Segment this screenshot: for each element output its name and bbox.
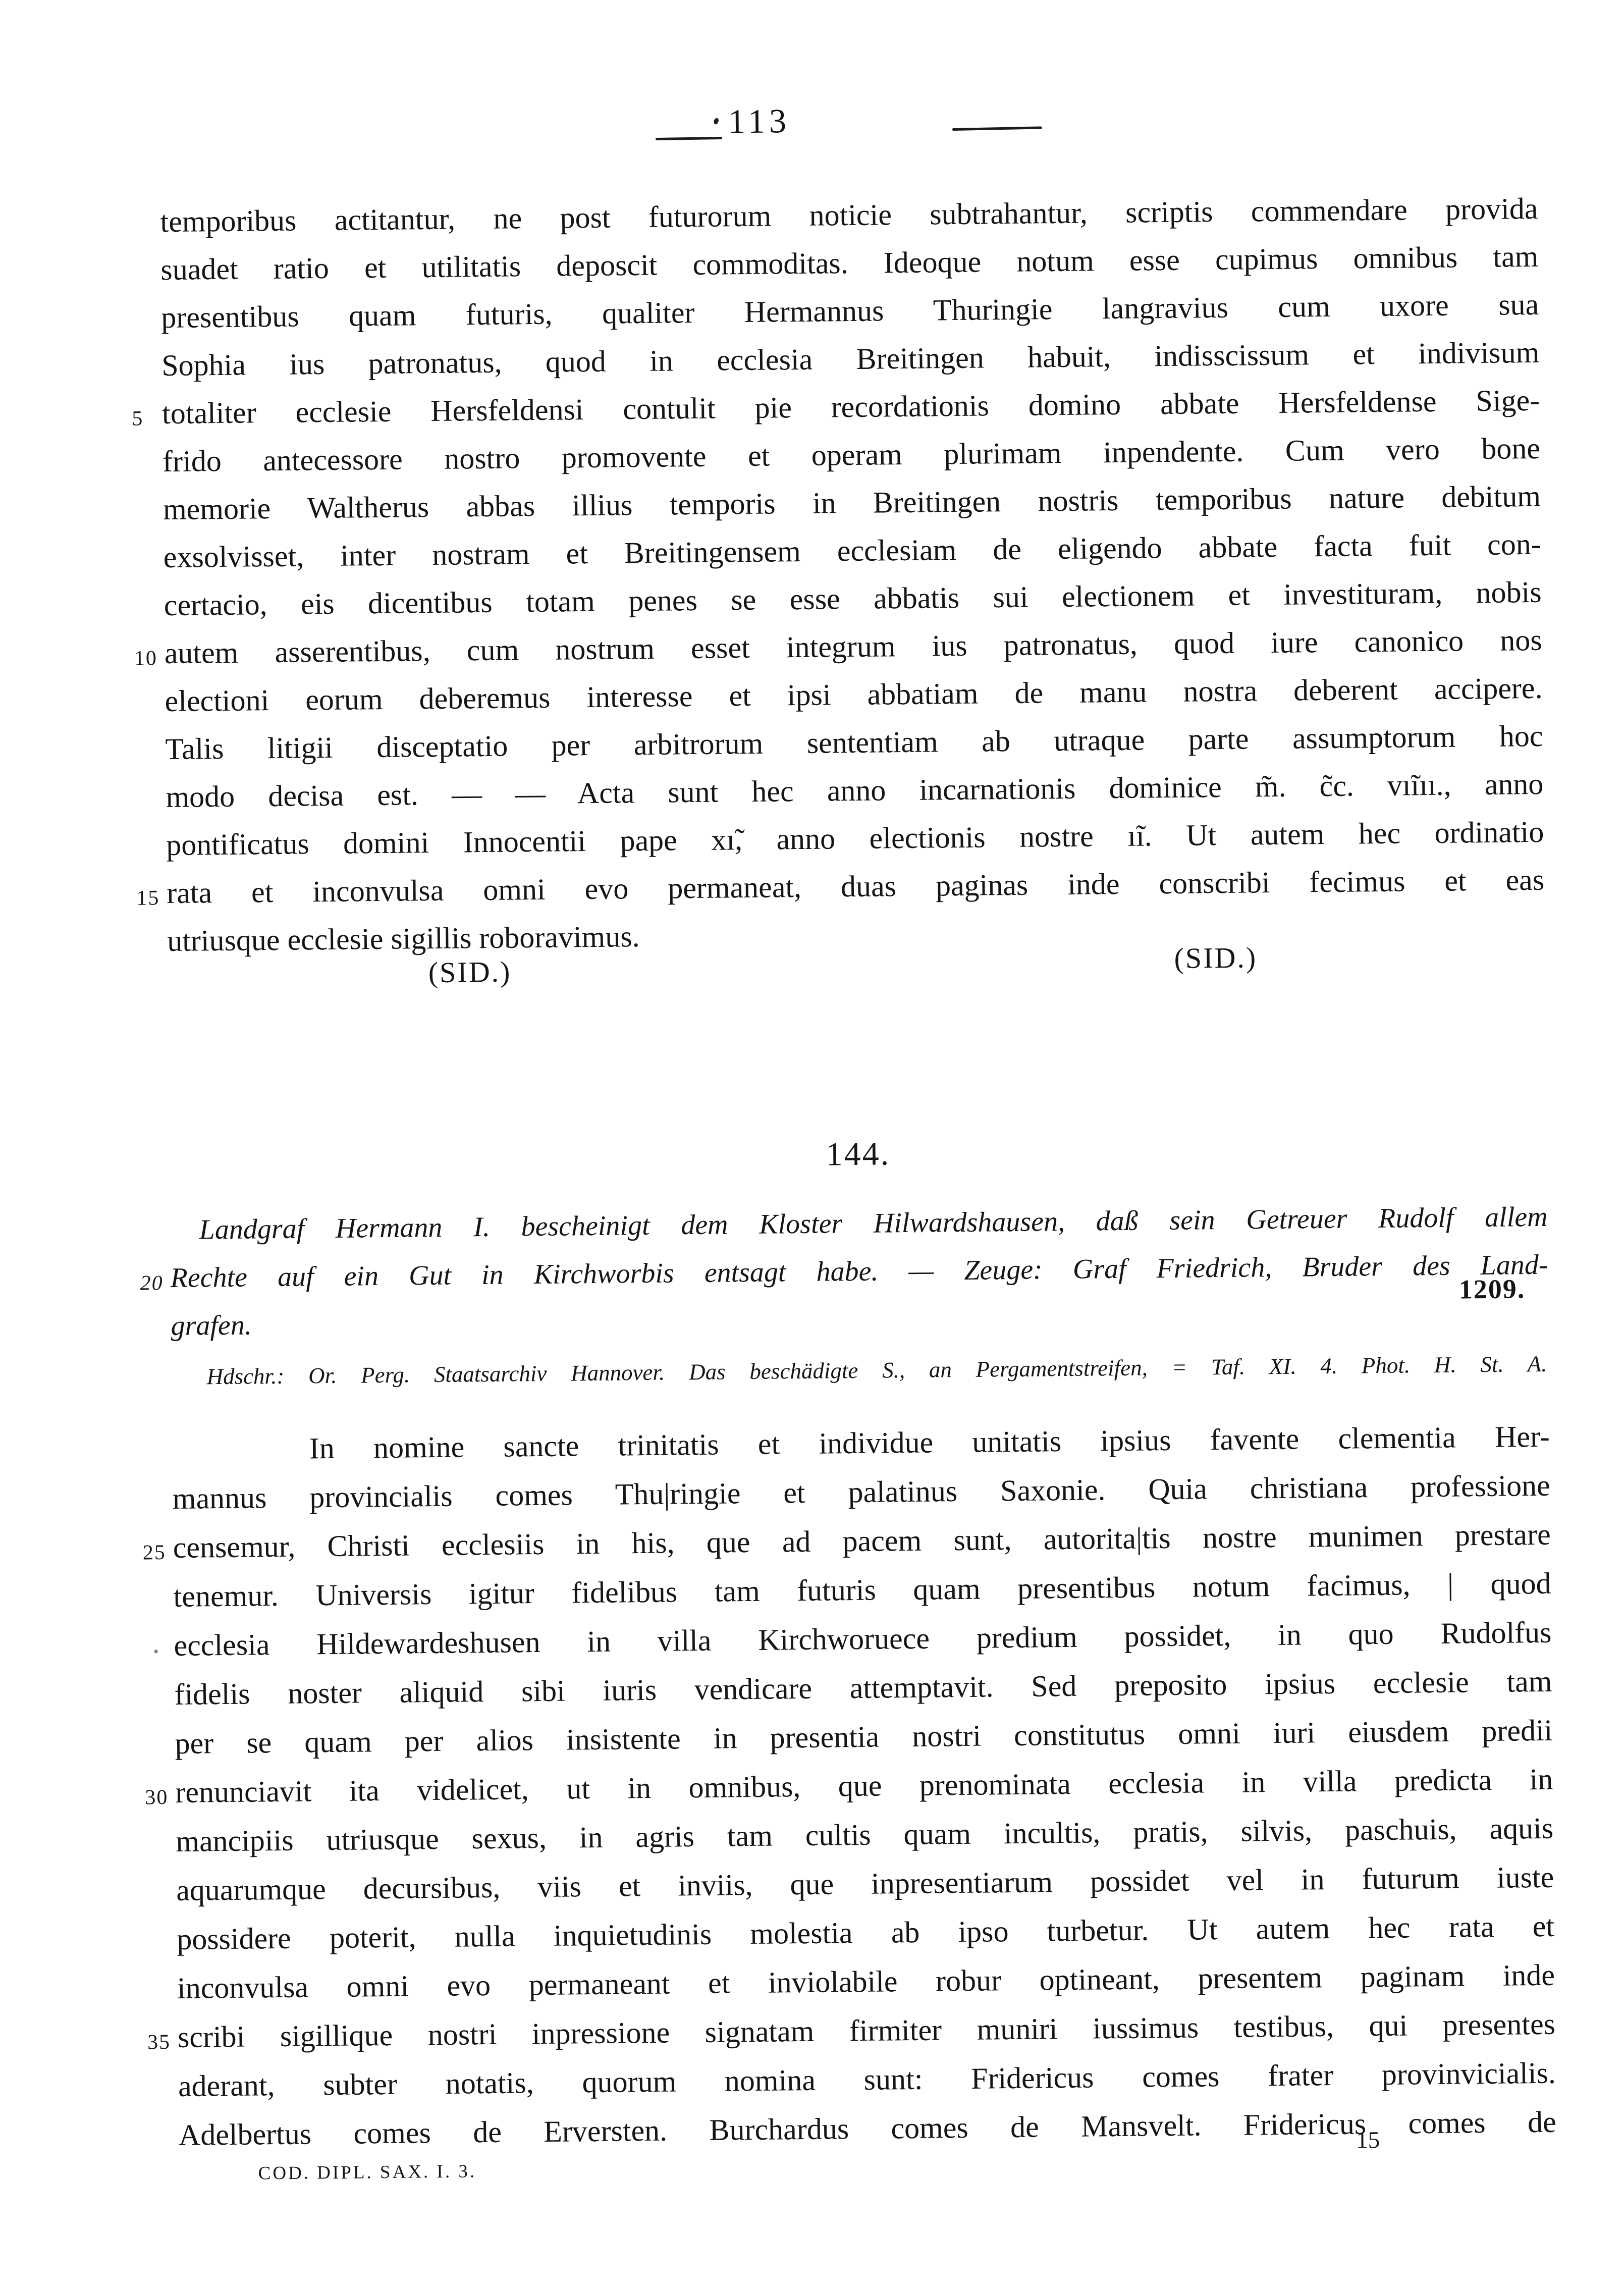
line-text: possidere poterit, nulla inquietudinis m… — [177, 1909, 1555, 1956]
charter-144-text: In nomine sancte trinitatis et individue… — [172, 1412, 1556, 2160]
line-text: pontificatus domini Innocentii pape xı̃,… — [166, 815, 1544, 862]
line-text: temporibus actitantur, ne post futurorum… — [160, 192, 1538, 238]
line-text: mancipiis utriusque sexus, in agris tam … — [176, 1812, 1554, 1858]
line-text: renunciavit ita videlicet, ut in omnibus… — [175, 1763, 1553, 1809]
line-text: censemur, Christi ecclesiis in his, que … — [173, 1518, 1551, 1564]
line-text: mannus provincialis comes Thu|ringie et … — [172, 1469, 1550, 1515]
line-text: certacio, eis dicentibus totam penes se … — [164, 575, 1542, 622]
margin-line-number: 35 — [147, 2018, 171, 2067]
line-text: utriusque ecclesie sigillis roboravimus. — [167, 920, 640, 958]
sheet-signature-number: 15 — [1356, 2127, 1380, 2154]
margin-line-number: 30 — [145, 1773, 169, 1822]
line-text: autem asserentibus, cum nostrum esset in… — [164, 623, 1542, 670]
margin-line-number: 15 — [136, 874, 160, 922]
header-rule-right — [952, 126, 1042, 131]
line-text: aquarumque decursibus, viis et inviis, q… — [176, 1861, 1554, 1907]
charter-143-text: temporibus actitantur, ne post futurorum… — [160, 185, 1545, 965]
page-content: 113 temporibus actitantur, ne post futur… — [0, 0, 1624, 2285]
header-rule-left — [656, 137, 722, 140]
scanned-book-page: 113 temporibus actitantur, ne post futur… — [0, 0, 1624, 2285]
charter-144-source-note: Hdschr.: Or. Perg. Staatsarchiv Hannover… — [206, 1350, 1547, 1391]
margin-line-number: 20 — [140, 1259, 164, 1307]
line-text: Talis litigii disceptatio per arbitrorum… — [165, 719, 1543, 766]
charter-144-regest: Landgraf Hermann I. bescheinigt dem Klos… — [170, 1193, 1549, 1350]
line-text: memorie Waltherus abbas illius temporis … — [163, 480, 1541, 526]
line-text: Sophia ius patronatus, quod in ecclesia … — [161, 336, 1540, 382]
line-text: fidelis noster aliquid sibi iuris vendic… — [174, 1665, 1552, 1711]
margin-line-number: 10 — [134, 634, 157, 682]
line-text: suadet ratio et utilitatis deposcit comm… — [160, 240, 1539, 286]
seal-note-left: (SID.) — [428, 955, 512, 990]
line-text: Rechte auf ein Gut in Kirchworbis entsag… — [170, 1249, 1548, 1294]
margin-line-number: 25 — [142, 1528, 166, 1577]
line-text: inconvulsa omni evo permaneant et inviol… — [177, 1958, 1555, 2005]
charter-144-number: 144. — [169, 1129, 1547, 1180]
line-text: grafen. — [171, 1309, 252, 1342]
line-text: exsolvisset, inter nostram et Breitingen… — [164, 527, 1542, 574]
line-text: modo decisa est. — — Acta sunt hec anno … — [166, 767, 1544, 814]
line-text: totaliter ecclesie Hersfeldensi contulit… — [162, 384, 1540, 430]
seal-note-right: (SID.) — [1174, 940, 1257, 975]
ink-speck — [713, 117, 720, 125]
line-text: per se quam per alios insistente in pres… — [175, 1714, 1553, 1760]
line-text: presentibus quam futuris, qualiter Herma… — [161, 288, 1539, 334]
series-signature: COD. DIPL. SAX. I. 3. — [258, 2160, 476, 2184]
line-text: Landgraf Hermann I. bescheinigt dem Klos… — [199, 1201, 1547, 1246]
line-text: ecclesia Hildewardeshusen in villa Kirch… — [174, 1616, 1552, 1662]
charter-144-year: 1209. — [1459, 1273, 1526, 1305]
ink-speck — [154, 1650, 158, 1653]
page-number: 113 — [728, 101, 790, 141]
line-text: rata et inconvulsa omni evo permaneat, d… — [167, 863, 1545, 910]
line-text: aderant, subter notatis, quorum nomina s… — [178, 2056, 1556, 2103]
line-text: tenemur. Universis igitur fidelibus tam … — [173, 1567, 1551, 1613]
line-text: scribi sigillique nostri inpressione sig… — [178, 2007, 1556, 2054]
line-text: frido antecessore nostro promovente et o… — [163, 432, 1541, 478]
line-text: electioni eorum deberemus interesse et i… — [165, 671, 1543, 718]
margin-line-number: 5 — [132, 395, 144, 443]
line-text: In nomine sancte trinitatis et individue… — [309, 1420, 1550, 1465]
line-text: Adelbertus comes de Erversten. Burchardu… — [179, 2105, 1557, 2152]
